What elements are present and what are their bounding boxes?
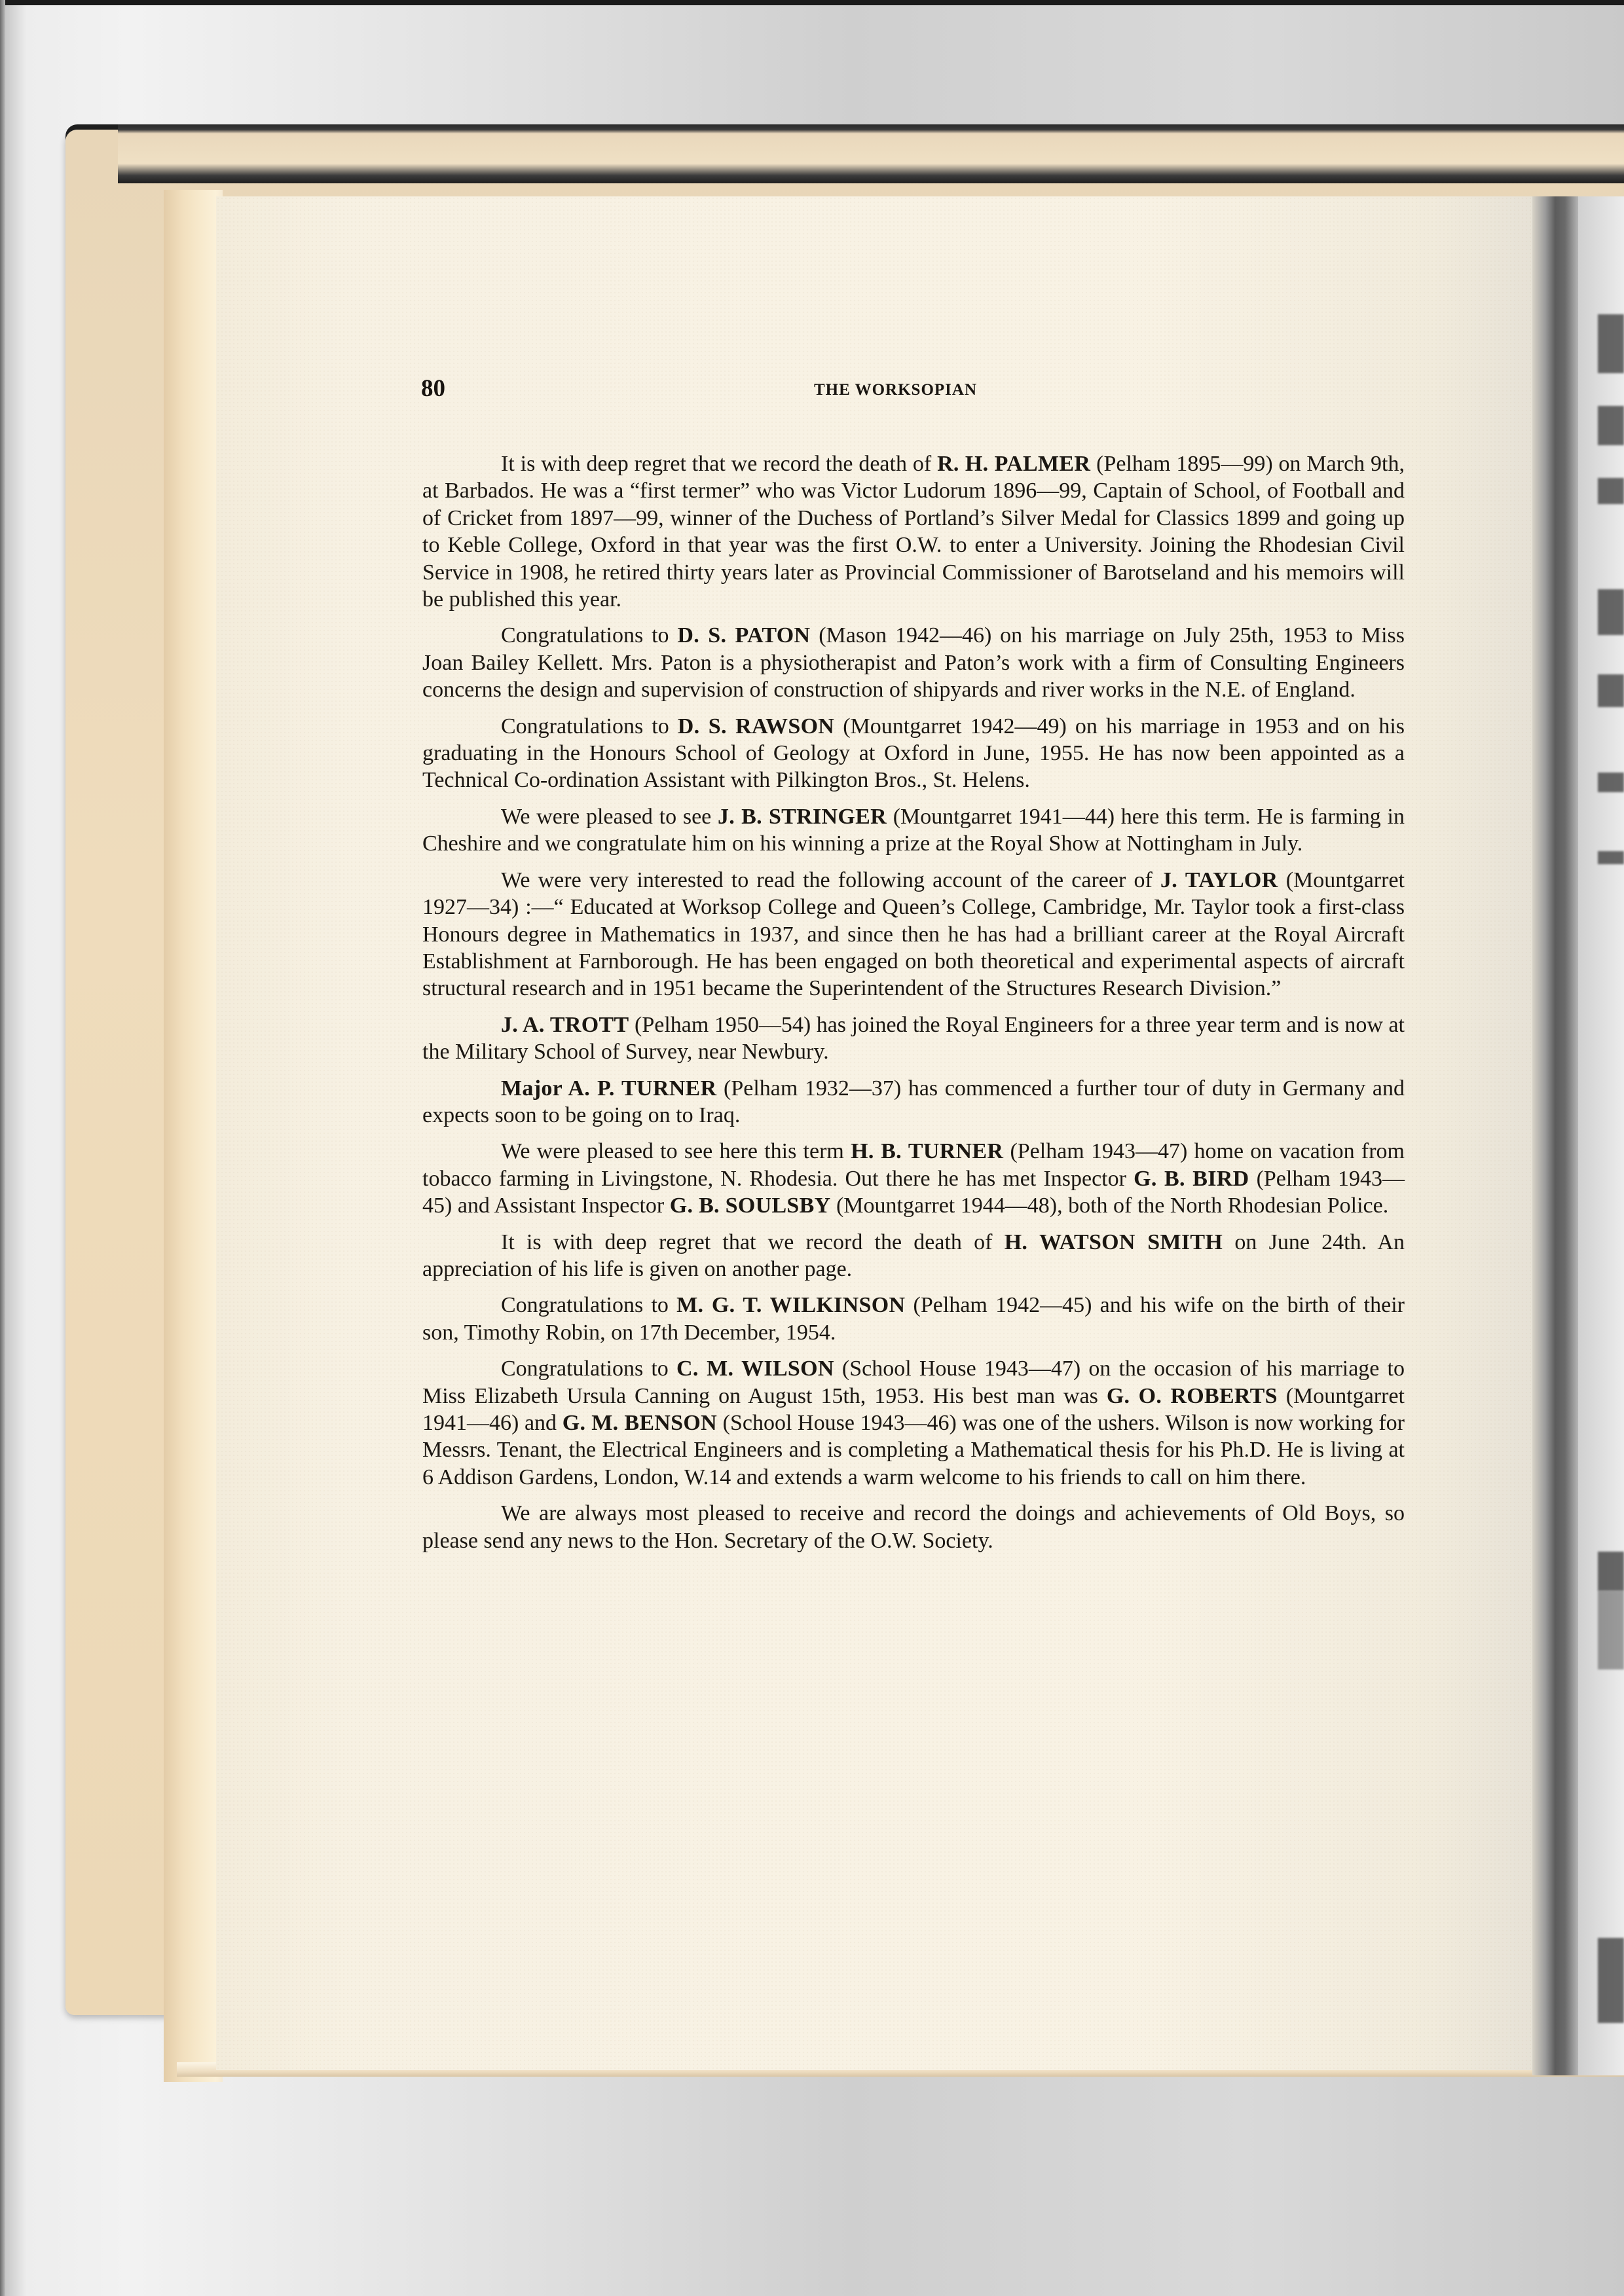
person-name: H. WATSON SMITH [1005,1230,1223,1254]
facing-page-print [1598,773,1624,792]
paragraph: Congratulations to D. S. RAWSON (Mountga… [422,713,1405,794]
person-name: G. B. BIRD [1134,1167,1249,1191]
facing-page-print [1598,589,1624,635]
facing-page-print [1598,314,1624,373]
paragraph: Major A. P. TURNER (Pelham 1932—37) has … [422,1075,1405,1129]
person-name: M. G. T. WILKINSON [676,1293,905,1317]
person-name: J. B. STRINGER [718,805,887,829]
journal-title: THE WORKSOPIAN [814,381,977,399]
running-header: 80 THE WORKSOPIAN [421,374,1407,403]
paragraph: We are always most pleased to receive an… [422,1500,1405,1554]
person-name: G. O. ROBERTS [1107,1384,1278,1408]
facing-page-print [1598,1552,1624,1591]
paragraph: J. A. TROTT (Pelham 1950—54) has joined … [422,1011,1405,1066]
person-name: J. A. TROTT [501,1013,629,1037]
paragraph: Congratulations to M. G. T. WILKINSON (P… [422,1292,1405,1346]
facing-page-print [1598,851,1624,864]
person-name: Major A. P. TURNER [501,1076,716,1101]
page-number: 80 [421,374,445,403]
paragraph: We were very interested to read the foll… [422,867,1405,1002]
facing-page-print [1598,674,1624,707]
person-name: H. B. TURNER [851,1139,1003,1163]
person-name: G. B. SOULSBY [670,1194,831,1218]
article-body: It is with deep regret that we record th… [422,450,1405,1563]
paragraph-text: Congratulations to [501,1357,676,1381]
paragraph: It is with deep regret that we record th… [422,450,1405,613]
paragraph-text: We were very interested to read the foll… [501,868,1160,892]
paragraph-text: It is with deep regret that we record th… [501,452,937,476]
person-name: C. M. WILSON [676,1357,834,1381]
paragraph: We were pleased to see J. B. STRINGER (M… [422,803,1405,858]
book-top-edge [118,124,1624,183]
paragraph-text: We were pleased to see here this term [501,1139,851,1163]
paragraph: Congratulations to C. M. WILSON (School … [422,1355,1405,1491]
paragraph-text: (Mountgarret 1944—48), both of the North… [830,1194,1388,1218]
paragraph-text: Congratulations to [501,1293,676,1317]
paragraph-text: Congratulations to [501,623,677,647]
facing-page-print [1598,478,1624,504]
paragraph-text: It is with deep regret that we record th… [501,1230,1005,1254]
scanner-edge-top [0,0,1624,5]
paragraph: Congratulations to D. S. PATON (Mason 19… [422,622,1405,703]
paragraph-text: Congratulations to [501,714,678,738]
page-stack-edge [164,190,223,2082]
person-name: D. S. PATON [677,623,810,647]
person-name: D. S. RAWSON [678,714,834,738]
paragraph-text: We are always most pleased to receive an… [422,1501,1405,1552]
paragraph: It is with deep regret that we record th… [422,1229,1405,1283]
facing-page-print [1598,1591,1624,1669]
scanner-edge-left [0,0,5,2296]
person-name: R. H. PALMER [937,452,1090,476]
facing-page-print [1598,1938,1624,2023]
person-name: G. M. BENSON [563,1411,717,1435]
book-gutter-shadow [1532,196,1578,2075]
person-name: J. TAYLOR [1160,868,1278,892]
paragraph: We were pleased to see here this term H.… [422,1138,1405,1219]
facing-page-print [1598,406,1624,445]
paragraph-text: We were pleased to see [501,805,718,829]
